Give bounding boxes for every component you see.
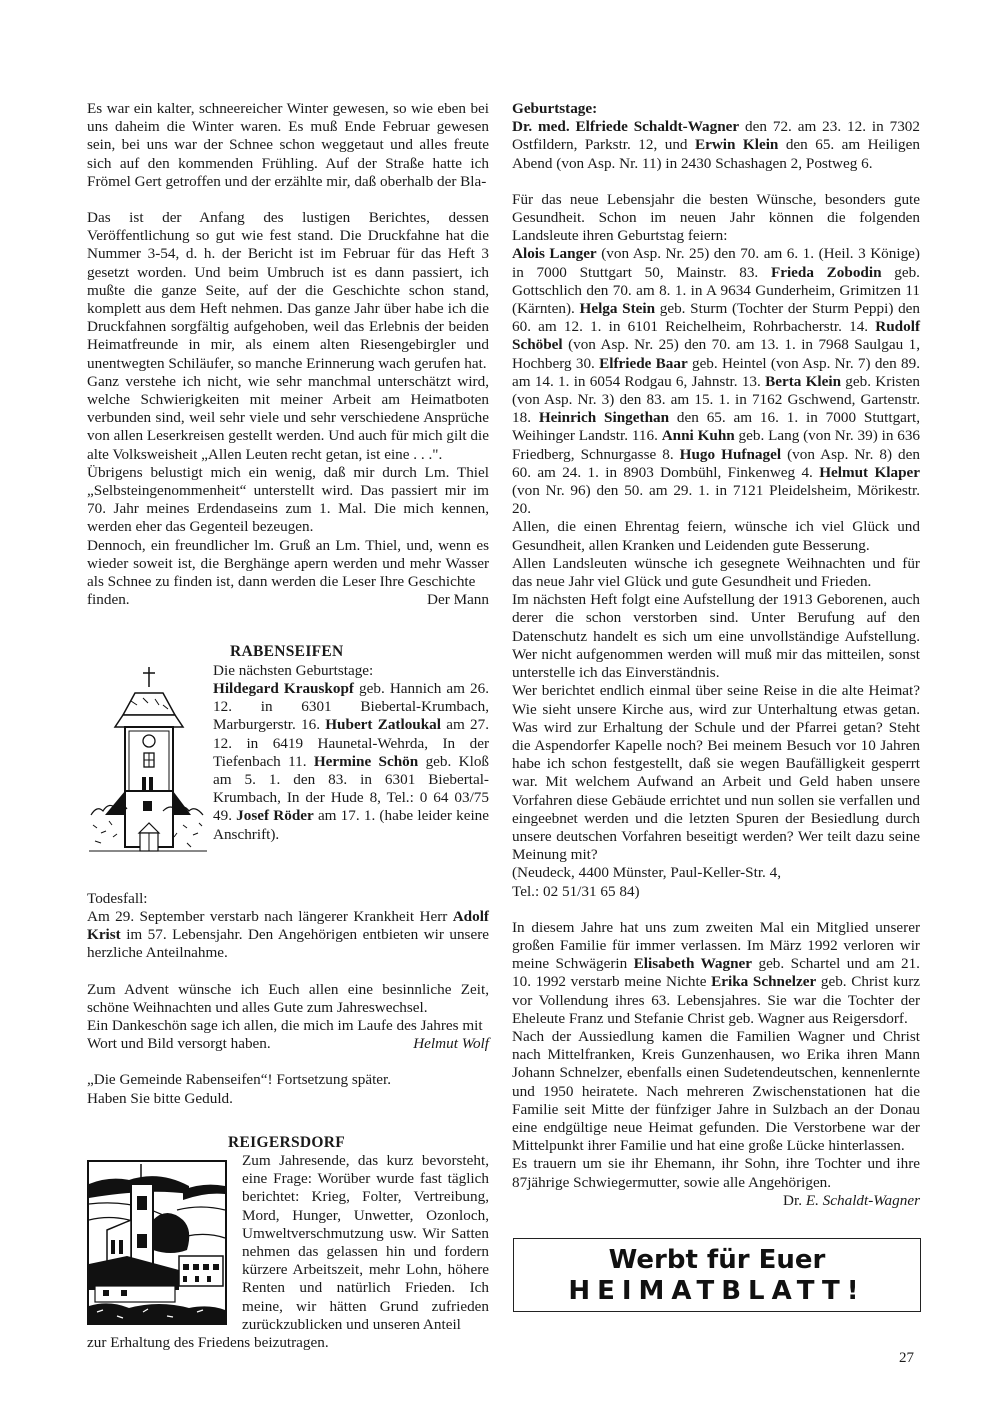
left-column: Es war ein kalter, schneereicher Winter … bbox=[87, 100, 489, 1352]
birthday-list: Alois Langer (von Asp. Nr. 25) den 70. a… bbox=[512, 245, 920, 518]
person-name: Elfriede Baar bbox=[599, 355, 688, 372]
birthday-list: Hildegard Krauskopf geb. Hannich am 26. … bbox=[213, 680, 489, 844]
editor-note-paragraph: Übrigens belustigt mich ein wenig, daß m… bbox=[87, 464, 489, 537]
birthdays-subheading: Die nächsten Geburtstage: bbox=[213, 662, 489, 680]
person-name: Berta Klein bbox=[765, 373, 841, 390]
question-paragraph: Wer berichtet endlich einmal über seine … bbox=[512, 682, 920, 864]
person-name: Helmut Klaper bbox=[819, 464, 920, 481]
contact-address: (Neudeck, 4400 Münster, Paul-Keller-Str.… bbox=[512, 864, 920, 882]
church-tower-illustration bbox=[87, 665, 209, 855]
person-name: Hubert Zatloukal bbox=[325, 716, 441, 733]
editor-note-paragraph: Ganz verstehe ich nicht, wie sehr manchm… bbox=[87, 373, 489, 464]
announcement-paragraph: Im nächsten Heft folgt eine Aufstellung … bbox=[512, 591, 920, 682]
signature: Dr. E. Schaldt-Wagner bbox=[512, 1192, 920, 1210]
person-name: Dr. med. Elfriede Schaldt-Wagner bbox=[512, 118, 739, 135]
heimatblatt-ad-box: Werbt für Euer HEIMATBLATT! bbox=[513, 1238, 921, 1312]
person-name: Anni Kuhn bbox=[662, 427, 735, 444]
ad-line2: HEIMATBLATT! bbox=[514, 1275, 920, 1307]
patience-note: Haben Sie bitte Geduld. bbox=[87, 1090, 489, 1108]
obituary-paragraph: Nach der Aussiedlung kamen die Familien … bbox=[512, 1028, 920, 1155]
person-name: Heinrich Singethan bbox=[539, 409, 669, 426]
rabenseifen-birthdays: Die nächsten Geburtstage: Hildegard Krau… bbox=[213, 662, 489, 844]
death-notice-text: Am 29. September verstarb nach längerer … bbox=[87, 908, 453, 925]
signature-name: E. Schaldt-Wagner bbox=[806, 1192, 920, 1209]
paragraph-end: finden. bbox=[87, 591, 130, 609]
paragraph-end: Wort und Bild versorgt haben. bbox=[87, 1035, 271, 1053]
person-name: Helga Stein bbox=[580, 300, 656, 317]
editor-note-paragraph: Das ist der Anfang des lustigen Berichte… bbox=[87, 209, 489, 373]
person-name: Hildegard Krauskopf bbox=[213, 680, 354, 697]
ad-line1: Werbt für Euer bbox=[514, 1245, 920, 1275]
person-name: Hermine Schön bbox=[314, 753, 418, 770]
signature: Der Mann bbox=[427, 591, 489, 609]
signature: Helmut Wolf bbox=[413, 1035, 489, 1053]
person-name: Erika Schnelzer bbox=[711, 973, 816, 990]
section-heading: Geburtstage: bbox=[512, 100, 597, 117]
birthdays-heading: Geburtstage: bbox=[512, 100, 920, 118]
person-name: Hugo Hufnagel bbox=[680, 446, 781, 463]
page-number: 27 bbox=[899, 1350, 914, 1367]
thanks-text: Ein Dankeschön sage ich allen, die mich … bbox=[87, 1017, 489, 1035]
person-name: Josef Röder bbox=[236, 807, 314, 824]
signature-row: Wort und Bild versorgt haben. Helmut Wol… bbox=[87, 1035, 489, 1053]
greeting-paragraph: Allen, die einen Ehrentag feiern, wünsch… bbox=[512, 518, 920, 554]
reigersdorf-text: Zum Jahresende, das kurz bevorsteht, ein… bbox=[242, 1152, 489, 1334]
reigersdorf-paragraph: Zum Jahresende, das kurz bevorsteht, ein… bbox=[242, 1152, 489, 1334]
signature-prefix: Dr. bbox=[783, 1192, 806, 1209]
right-column: Geburtstage: Dr. med. Elfriede Schaldt-W… bbox=[512, 100, 920, 1210]
village-church-landscape-illustration bbox=[87, 1160, 227, 1325]
death-notice-label: Todesfall: bbox=[87, 890, 489, 908]
wishes-paragraph: Für das neue Lebensjahr die besten Wünsc… bbox=[512, 191, 920, 246]
editor-note-paragraph: Dennoch, ein freundlicher lm. Gruß an Lm… bbox=[87, 537, 489, 592]
person-name: Elisabeth Wagner bbox=[634, 955, 752, 972]
death-notice-text: im 57. Lebensjahr. Den Angehörigen entbi… bbox=[87, 926, 489, 961]
signature-row: finden. Der Mann bbox=[87, 591, 489, 609]
obituary-paragraph: In diesem Jahre hat uns zum zweiten Mal … bbox=[512, 919, 920, 1028]
story-excerpt: Es war ein kalter, schneereicher Winter … bbox=[87, 100, 489, 191]
birthday-paragraph: Dr. med. Elfriede Schaldt-Wagner den 72.… bbox=[512, 118, 920, 173]
reigersdorf-section: REIGERSDORF bbox=[87, 1134, 489, 1352]
rabenseifen-section: RABENSEIFEN bbox=[87, 643, 489, 843]
continuation-note: „Die Gemeinde Rabenseifen“! Fortsetzung … bbox=[87, 1071, 489, 1089]
person-name: Alois Langer bbox=[512, 245, 597, 262]
reigersdorf-paragraph-end: zur Erhaltung des Friedens beizutragen. bbox=[87, 1334, 489, 1352]
obituary-paragraph: Es trauern um sie ihr Ehemann, ihr Sohn,… bbox=[512, 1155, 920, 1191]
greeting-paragraph: Allen Landsleuten wünsche ich gesegnete … bbox=[512, 555, 920, 591]
contact-phone: Tel.: 02 51/31 65 84) bbox=[512, 883, 920, 901]
section-heading: REIGERSDORF bbox=[228, 1134, 489, 1152]
section-heading: RABENSEIFEN bbox=[230, 643, 489, 661]
death-notice: Am 29. September verstarb nach längerer … bbox=[87, 908, 489, 963]
advent-greeting: Zum Advent wünsche ich Euch allen eine b… bbox=[87, 981, 489, 1017]
person-name: Erwin Klein bbox=[695, 136, 778, 153]
person-name: Frieda Zobodin bbox=[771, 264, 882, 281]
birthday-detail: (von Nr. 96) den 50. am 29. 1. in 7121 P… bbox=[512, 482, 920, 517]
